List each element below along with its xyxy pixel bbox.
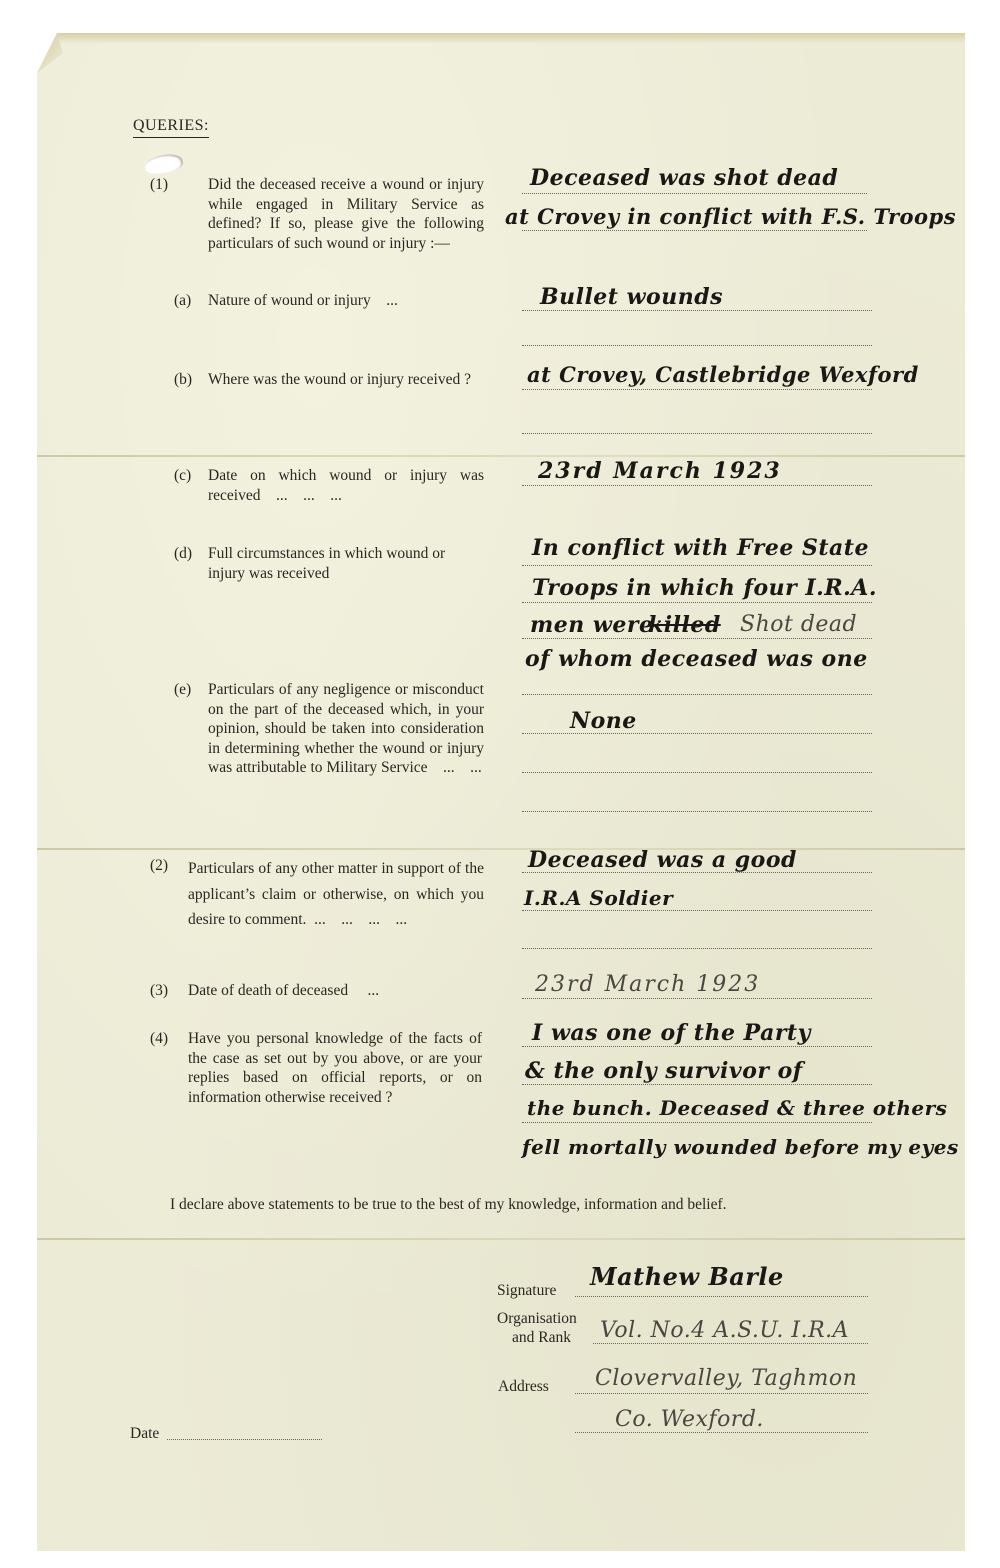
handwritten-answer: I.R.A Soldier (524, 886, 673, 910)
answer-line (522, 565, 872, 566)
handwritten-answer: & the only survivor of (525, 1058, 803, 1084)
address-label: Address (498, 1377, 549, 1396)
organisation-value: Vol. No.4 A.S.U. I.R.A (600, 1318, 849, 1343)
answer-line (522, 1046, 872, 1047)
signature-label: Signature (497, 1281, 556, 1300)
sub-question-text: Date on which wound or injury was receiv… (208, 466, 484, 505)
rank-label: and Rank (512, 1328, 571, 1347)
handwritten-answer: at Crovey, Castlebridge Wexford (527, 362, 919, 387)
answer-line (522, 638, 872, 639)
handwritten-answer: the bunch. Deceased & three others (527, 1096, 947, 1120)
organisation-label: Organisation (497, 1309, 577, 1328)
sub-question-letter: (d) (174, 544, 192, 564)
handwritten-answer: 23rd March 1923 (538, 458, 782, 484)
sub-question-letter: (c) (174, 466, 191, 486)
handwritten-answer: of whom deceased was one (525, 646, 868, 672)
answer-line (522, 485, 872, 486)
sub-question-text: Where was the wound or injury received ? (208, 370, 484, 390)
query-number: (4) (150, 1029, 168, 1049)
signature-line (575, 1296, 868, 1297)
fold-line (37, 455, 965, 457)
answer-line (522, 345, 872, 346)
query-text: Particulars of any other matter in suppo… (188, 856, 484, 933)
paper-edge-stain (57, 33, 965, 43)
answer-line (522, 998, 872, 999)
address-value-line-2: Co. Wexford. (615, 1407, 764, 1432)
answer-line (522, 193, 867, 194)
answer-line (522, 230, 867, 231)
date-label: Date (130, 1424, 159, 1443)
fold-line (37, 1238, 965, 1240)
page-heading: QUERIES: (133, 117, 209, 138)
sub-question-text: Full circumstances in which wound or inj… (208, 544, 484, 583)
query-text: Did the deceased receive a wound or inju… (208, 175, 484, 253)
handwritten-answer: I was one of the Party (532, 1020, 811, 1046)
answer-line (522, 910, 872, 911)
sub-question-letter: (e) (174, 680, 191, 700)
address-value-line-1: Clovervalley, Taghmon (595, 1366, 857, 1391)
handwritten-answer: Deceased was a good (528, 847, 797, 873)
organisation-line (593, 1343, 868, 1344)
fold-line (37, 848, 965, 850)
handwritten-answer: 23rd March 1923 (535, 972, 760, 997)
sub-question-text: Nature of wound or injury ... (208, 291, 484, 311)
answer-line (522, 772, 872, 773)
answer-line (522, 1084, 872, 1085)
signature-value: Mathew Barle (590, 1262, 784, 1291)
handwritten-answer: Deceased was shot dead (530, 165, 838, 191)
sub-question-letter: (a) (174, 291, 191, 311)
sub-question-text: Particulars of any negligence or miscond… (208, 680, 484, 778)
query-number: (3) (150, 981, 168, 1001)
query-text: Have you personal knowledge of the facts… (188, 1029, 482, 1107)
answer-line (522, 694, 872, 695)
inserted-correction: Shot dead (740, 612, 857, 637)
sub-question-letter: (b) (174, 370, 192, 390)
answer-line (522, 1122, 872, 1123)
answer-line (522, 948, 872, 949)
handwritten-answer: None (570, 708, 637, 734)
answer-line (522, 389, 872, 390)
date-line (167, 1439, 322, 1440)
query-number: (1) (150, 175, 168, 195)
struck-out-word: killed (648, 612, 721, 638)
handwritten-answer: Bullet wounds (540, 284, 723, 310)
query-number: (2) (150, 856, 168, 876)
address-line (575, 1393, 868, 1394)
answer-line (522, 433, 872, 434)
address-line (575, 1432, 868, 1433)
answer-line (522, 602, 872, 603)
handwritten-answer: Troops in which four I.R.A. (532, 575, 877, 601)
handwritten-answer: fell mortally wounded before my eyes (522, 1135, 959, 1159)
declaration-text: I declare above statements to be true to… (130, 1195, 872, 1215)
answer-line (522, 310, 872, 311)
query-text: Date of death of deceased ... (188, 981, 488, 1001)
handwritten-answer: men were (530, 612, 653, 638)
handwritten-answer: In conflict with Free State (532, 535, 869, 561)
handwritten-answer: at Crovey in conflict with F.S. Troops (505, 204, 956, 229)
answer-line (522, 811, 872, 812)
